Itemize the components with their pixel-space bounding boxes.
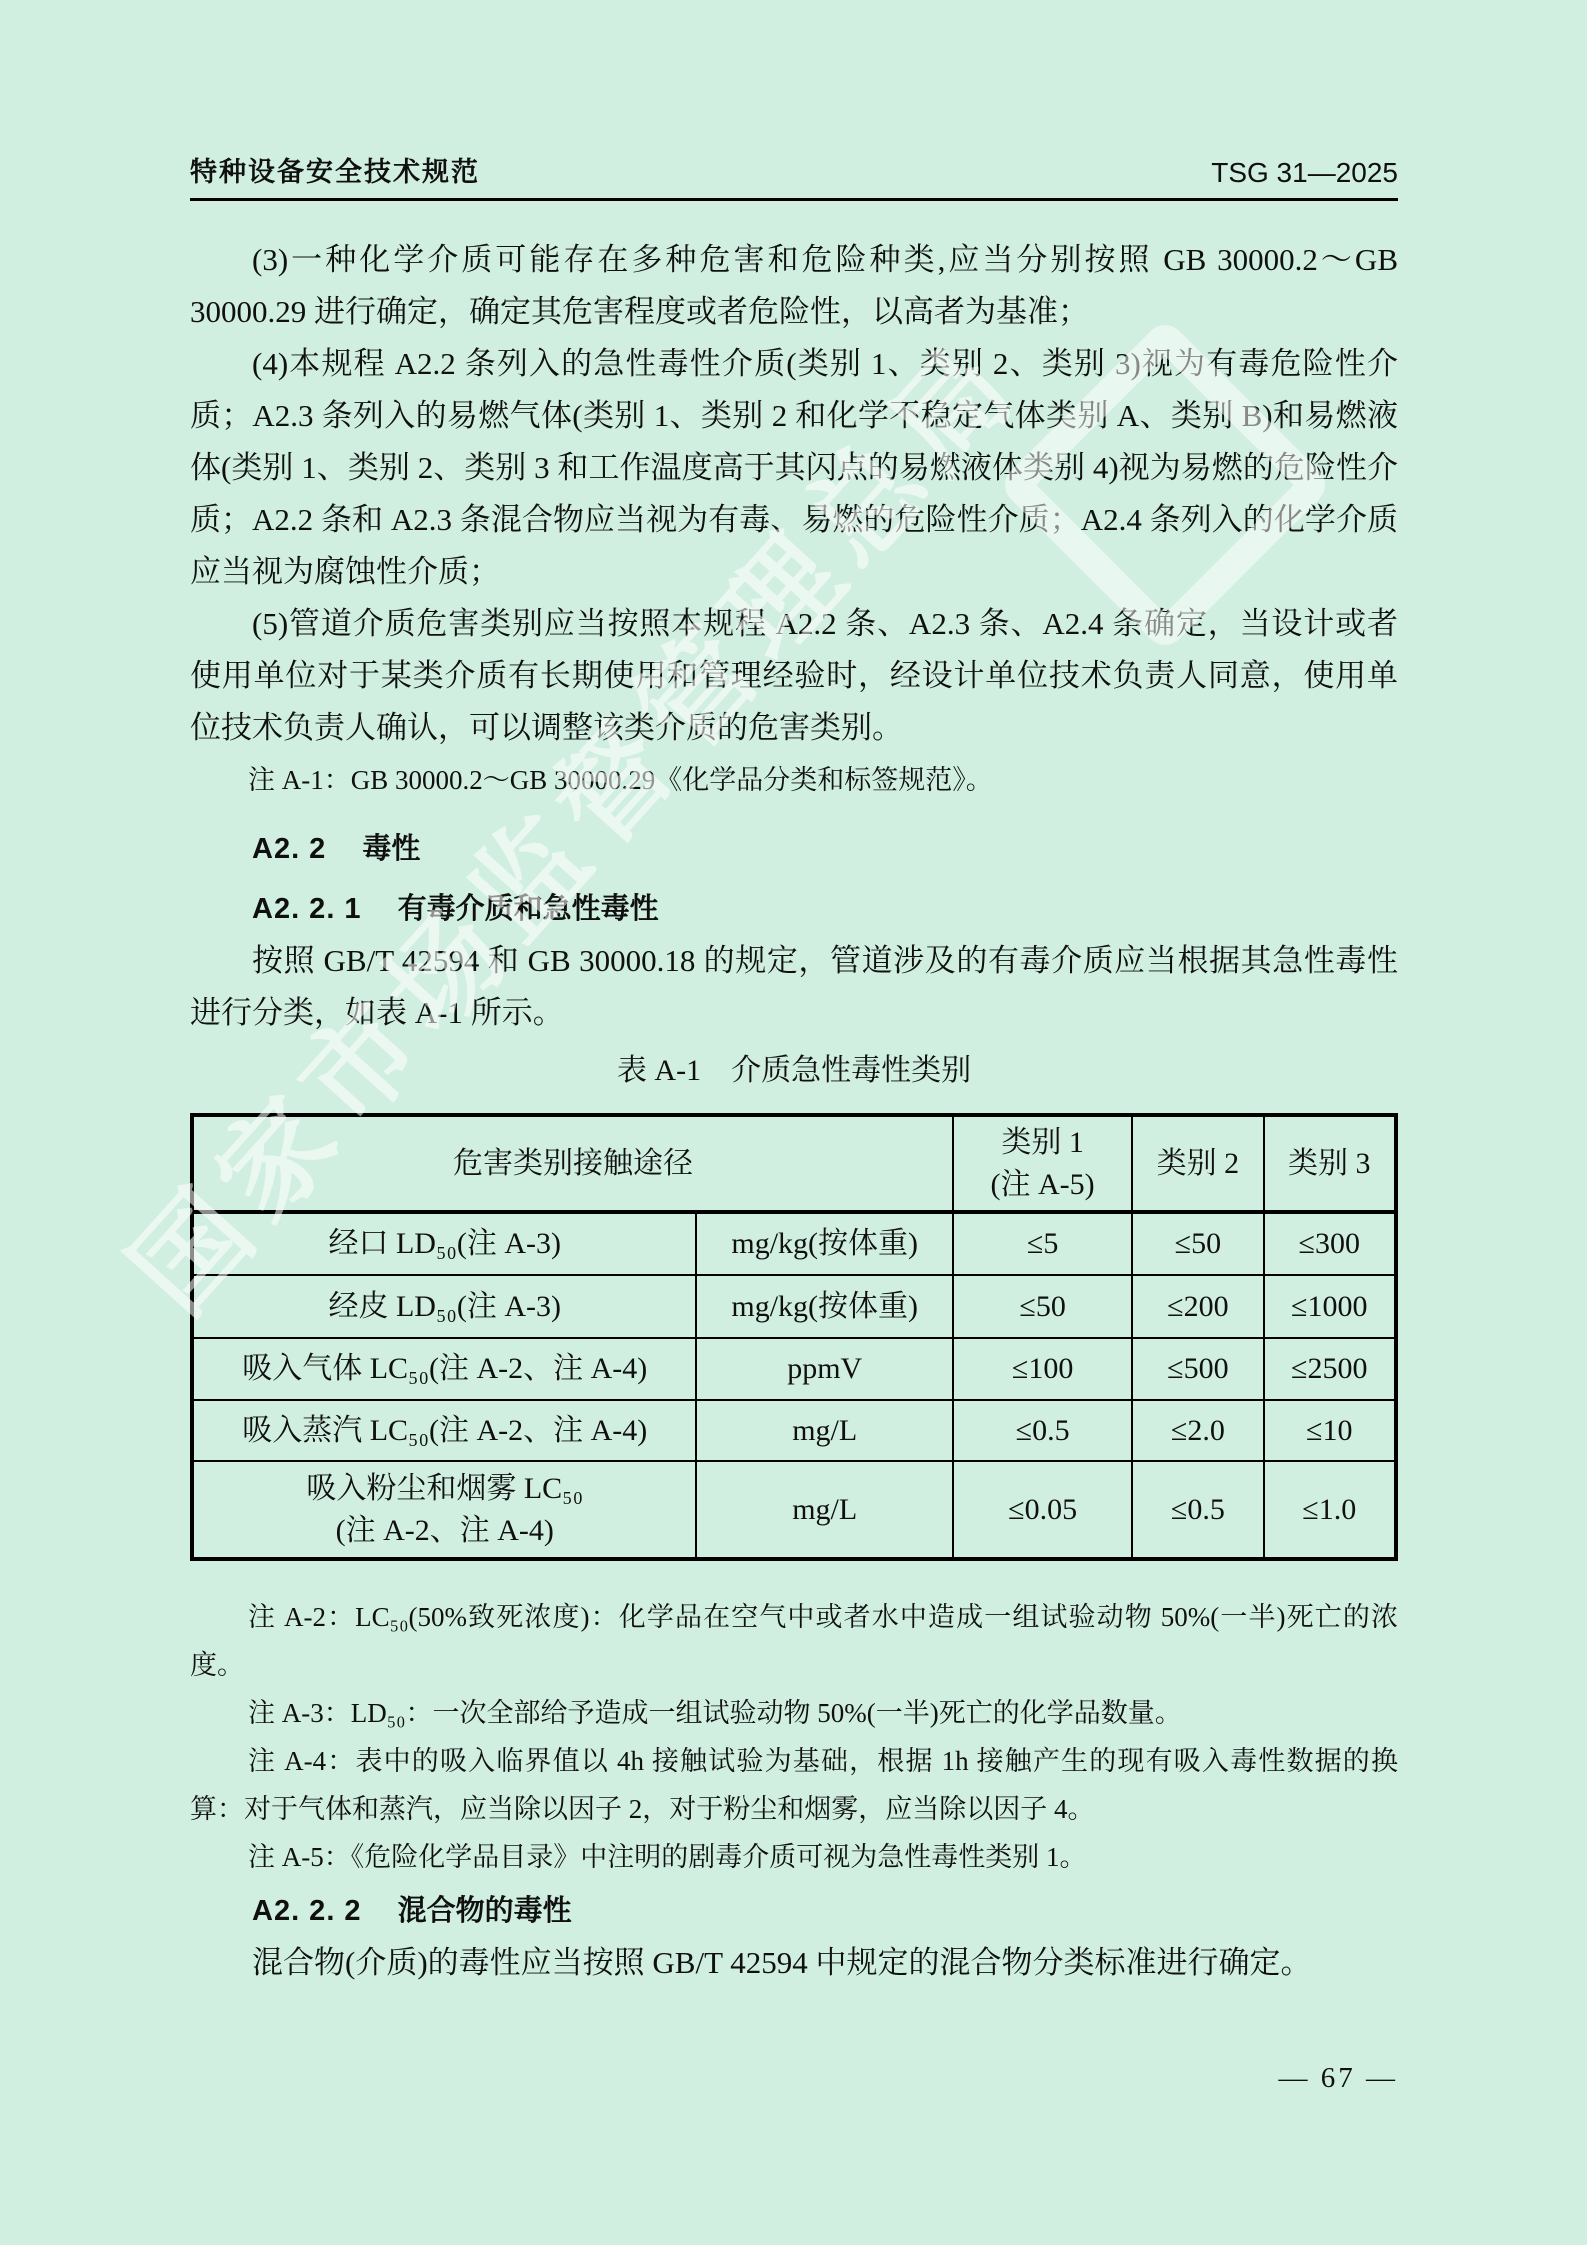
cell-cat2: ≤50 [1132, 1212, 1263, 1275]
cell-unit: mg/L [696, 1400, 952, 1461]
cell-route: 吸入气体 LC₅₀(注 A-2、注 A-4) [192, 1338, 696, 1400]
section-title: 毒性 [362, 833, 420, 865]
table-row: 吸入气体 LC₅₀(注 A-2、注 A-4) ppmV ≤100 ≤500 ≤2… [192, 1338, 1396, 1400]
page-header: 特种设备安全技术规范 TSG 31—2025 [190, 0, 1398, 201]
paragraph-item-3: (3)一种化学介质可能存在多种危害和危险种类,应当分别按照 GB 30000.2… [190, 234, 1398, 338]
cell-cat1: ≤5 [953, 1212, 1132, 1275]
note-a3: 注 A-3：LD₅₀：一次全部给予造成一组试验动物 50%(一半)死亡的化学品数… [190, 1689, 1398, 1737]
table-row: 吸入蒸汽 LC₅₀(注 A-2、注 A-4) mg/L ≤0.5 ≤2.0 ≤1… [192, 1400, 1396, 1461]
table-caption: 表 A-1 介质急性毒性类别 [190, 1045, 1398, 1097]
cell-cat2: ≤2.0 [1132, 1400, 1263, 1461]
header-cell-route: 危害类别接触途径 [192, 1115, 953, 1212]
table-row: 吸入粉尘和烟雾 LC₅₀ (注 A-2、注 A-4) mg/L ≤0.05 ≤0… [192, 1461, 1396, 1559]
cell-unit: mg/L [696, 1461, 952, 1559]
table-row: 经口 LD₅₀(注 A-3) mg/kg(按体重) ≤5 ≤50 ≤300 [192, 1212, 1396, 1275]
cell-cat1: ≤0.05 [953, 1461, 1132, 1559]
cell-cat3: ≤300 [1264, 1212, 1396, 1275]
document-title: 特种设备安全技术规范 [190, 150, 480, 189]
section-heading-a22: A2. 2毒性 [190, 823, 1398, 875]
page-body: (3)一种化学介质可能存在多种危害和危险种类,应当分别按照 GB 30000.2… [0, 234, 1587, 1989]
cell-route: 吸入粉尘和烟雾 LC₅₀ (注 A-2、注 A-4) [192, 1461, 696, 1559]
table-notes: 注 A-2：LC₅₀(50%致死浓度)：化学品在空气中或者水中造成一组试验动物 … [190, 1593, 1398, 1881]
cell-unit: ppmV [696, 1338, 952, 1400]
header-cell-category1: 类别 1 (注 A-5) [953, 1115, 1132, 1212]
paragraph-item-4: (4)本规程 A2.2 条列入的急性毒性介质(类别 1、类别 2、类别 3)视为… [190, 338, 1398, 598]
section-heading-a221: A2. 2. 1有毒介质和急性毒性 [190, 883, 1398, 935]
section-heading-a222: A2. 2. 2混合物的毒性 [190, 1885, 1398, 1937]
cell-cat2: ≤0.5 [1132, 1461, 1263, 1559]
cell-cat3: ≤2500 [1264, 1338, 1396, 1400]
cell-cat3: ≤1.0 [1264, 1461, 1396, 1559]
note-a4: 注 A-4：表中的吸入临界值以 4h 接触试验为基础，根据 1h 接触产生的现有… [190, 1737, 1398, 1833]
cell-cat1: ≤50 [953, 1275, 1132, 1338]
cell-cat2: ≤200 [1132, 1275, 1263, 1338]
document-code: TSG 31—2025 [1211, 157, 1398, 189]
paragraph-a221: 按照 GB/T 42594 和 GB 30000.18 的规定，管道涉及的有毒介… [190, 935, 1398, 1039]
cell-cat1: ≤0.5 [953, 1400, 1132, 1461]
cell-route: 经皮 LD₅₀(注 A-3) [192, 1275, 696, 1338]
page-number: — 67 — [1279, 2062, 1399, 2095]
paragraph-item-5: (5)管道介质危害类别应当按照本规程 A2.2 条、A2.3 条、A2.4 条确… [190, 598, 1398, 754]
note-a5: 注 A-5：《危险化学品目录》中注明的剧毒介质可视为急性毒性类别 1。 [190, 1833, 1398, 1881]
header-cell-category2: 类别 2 [1132, 1115, 1263, 1212]
cell-cat1: ≤100 [953, 1338, 1132, 1400]
cell-cat2: ≤500 [1132, 1338, 1263, 1400]
cell-unit: mg/kg(按体重) [696, 1212, 952, 1275]
cell-route: 吸入蒸汽 LC₅₀(注 A-2、注 A-4) [192, 1400, 696, 1461]
section-number: A2. 2. 1 [252, 893, 362, 925]
section-title: 有毒介质和急性毒性 [398, 893, 659, 925]
section-number: A2. 2 [252, 833, 326, 865]
table-header-row: 危害类别接触途径 类别 1 (注 A-5) 类别 2 类别 3 [192, 1115, 1396, 1212]
cell-unit: mg/kg(按体重) [696, 1275, 952, 1338]
document-page: 特种设备安全技术规范 TSG 31—2025 (3)一种化学介质可能存在多种危害… [0, 0, 1587, 2245]
table-row: 经皮 LD₅₀(注 A-3) mg/kg(按体重) ≤50 ≤200 ≤1000 [192, 1275, 1396, 1338]
toxicity-table: 危害类别接触途径 类别 1 (注 A-5) 类别 2 类别 3 经口 LD₅₀(… [190, 1113, 1398, 1561]
cell-route: 经口 LD₅₀(注 A-3) [192, 1212, 696, 1275]
section-title: 混合物的毒性 [398, 1895, 572, 1927]
cell-cat3: ≤10 [1264, 1400, 1396, 1461]
paragraph-a222: 混合物(介质)的毒性应当按照 GB/T 42594 中规定的混合物分类标准进行确… [190, 1937, 1398, 1989]
note-a1: 注 A-1：GB 30000.2～GB 30000.29《化学品分类和标签规范》… [190, 754, 1398, 806]
note-a2: 注 A-2：LC₅₀(50%致死浓度)：化学品在空气中或者水中造成一组试验动物 … [190, 1593, 1398, 1689]
section-number: A2. 2. 2 [252, 1895, 362, 1927]
header-cell-category3: 类别 3 [1264, 1115, 1396, 1212]
cell-cat3: ≤1000 [1264, 1275, 1396, 1338]
